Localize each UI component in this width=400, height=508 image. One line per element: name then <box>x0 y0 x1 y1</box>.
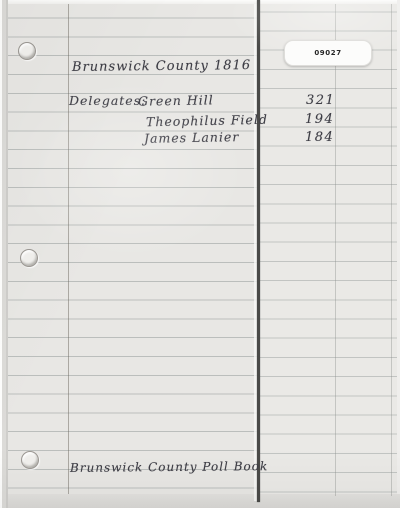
vertical-divider-rule <box>257 0 260 502</box>
delegate-name: James Lanier <box>144 129 240 146</box>
punch-hole-middle <box>20 249 38 267</box>
punch-hole-bottom <box>21 451 39 469</box>
inventory-number: 09027 <box>314 49 341 57</box>
scanned-poll-book-page: 09027 Brunswick County 1816 Delegates: G… <box>0 0 400 508</box>
delegate-votes: 184 <box>305 130 334 145</box>
scan-edge-left <box>0 0 8 508</box>
delegate-name: Green Hill <box>138 92 214 108</box>
column-rule-line <box>335 4 336 496</box>
inventory-sticker: 09027 <box>284 40 372 66</box>
red-margin-rule-line <box>68 4 69 494</box>
page-footer-title: Brunswick County Poll Book <box>70 459 268 475</box>
delegates-label: Delegates: <box>69 93 146 108</box>
punch-hole-top <box>18 42 36 60</box>
notebook-page-under <box>259 4 397 501</box>
delegate-name: Theophilus Field <box>146 112 268 130</box>
page-heading: Brunswick County 1816 <box>72 58 251 75</box>
column-rule-line <box>391 4 392 496</box>
delegate-votes: 321 <box>306 93 335 108</box>
page-bottom-edge <box>8 494 400 508</box>
delegate-votes: 194 <box>305 112 334 127</box>
scan-edge-top <box>0 0 400 4</box>
notebook-page-front <box>8 4 259 494</box>
